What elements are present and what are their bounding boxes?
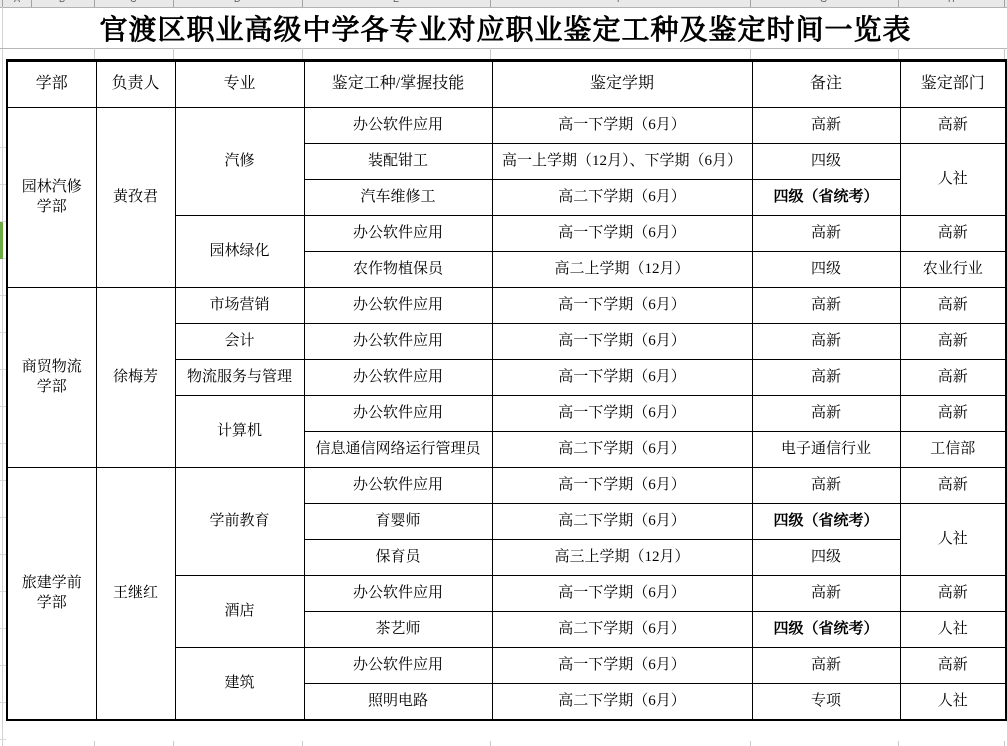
table-cell[interactable]: 四级 (752, 144, 900, 180)
table-cell[interactable]: 高新 (752, 216, 900, 252)
table-cell[interactable]: 高二下学期（6月） (492, 504, 752, 540)
table-cell[interactable]: 高新 (900, 216, 1006, 252)
table-cell[interactable]: 汽修 (175, 108, 304, 216)
table-cell[interactable]: 建筑 (175, 648, 304, 721)
column-letter: A (14, 0, 20, 4)
table-cell[interactable]: 高新 (900, 288, 1006, 324)
table-cell[interactable]: 高三上学期（12月） (492, 540, 752, 576)
column-header[interactable]: 鉴定学期 (492, 61, 752, 108)
table-cell[interactable]: 高二下学期（6月） (492, 180, 752, 216)
table-cell[interactable]: 工信部 (900, 432, 1006, 468)
table-cell[interactable]: 会计 (175, 324, 304, 360)
column-header[interactable]: 鉴定工种/掌握技能 (304, 61, 492, 108)
table-cell[interactable]: 四级（省统考） (752, 612, 900, 648)
row-gutter-line (2, 7, 3, 746)
assessment-table: 学部负责人专业鉴定工种/掌握技能鉴定学期备注鉴定部门 园林汽修 学部黄孜君汽修办… (6, 59, 1007, 721)
table-row: 园林汽修 学部黄孜君汽修办公软件应用高一下学期（6月）高新高新 (7, 108, 1006, 144)
table-cell[interactable]: 四级 (752, 540, 900, 576)
table-cell[interactable]: 四级（省统考） (752, 180, 900, 216)
table-cell[interactable]: 高新 (900, 360, 1006, 396)
table-cell[interactable]: 高新 (900, 648, 1006, 684)
table-cell[interactable]: 办公软件应用 (304, 288, 492, 324)
table-cell[interactable]: 高一下学期（6月） (492, 648, 752, 684)
column-header[interactable]: 负责人 (96, 61, 175, 108)
column-divider (490, 0, 491, 7)
table-cell[interactable]: 高新 (900, 468, 1006, 504)
table-cell[interactable]: 高一下学期（6月） (492, 468, 752, 504)
column-header[interactable]: 专业 (175, 61, 304, 108)
table-cell[interactable]: 茶艺师 (304, 612, 492, 648)
table-cell[interactable]: 办公软件应用 (304, 576, 492, 612)
table-cell[interactable]: 办公软件应用 (304, 216, 492, 252)
table-cell[interactable]: 高二下学期（6月） (492, 432, 752, 468)
column-divider (2, 0, 3, 7)
column-divider (1004, 0, 1005, 7)
column-letter: D (234, 0, 241, 4)
table-cell[interactable]: 高一下学期（6月） (492, 360, 752, 396)
table-cell[interactable]: 高新 (752, 648, 900, 684)
table-cell[interactable]: 办公软件应用 (304, 360, 492, 396)
column-letter: F (617, 0, 623, 4)
table-cell[interactable]: 园林汽修 学部 (7, 108, 96, 288)
table-cell[interactable]: 高新 (752, 288, 900, 324)
title-row: 官渡区职业高级中学各专业对应职业鉴定工种及鉴定时间一览表 (6, 7, 1005, 48)
table-cell[interactable]: 高新 (900, 108, 1006, 144)
table-cell[interactable]: 保育员 (304, 540, 492, 576)
table-cell[interactable]: 高一下学期（6月） (492, 288, 752, 324)
table-cell[interactable]: 高一下学期（6月） (492, 576, 752, 612)
faint-gridline (750, 741, 751, 746)
table-cell[interactable]: 高新 (752, 324, 900, 360)
table-cell[interactable]: 高新 (752, 360, 900, 396)
table-cell[interactable]: 园林绿化 (175, 216, 304, 288)
table-cell[interactable]: 高新 (900, 324, 1006, 360)
table-cell[interactable]: 高新 (752, 468, 900, 504)
table-cell[interactable]: 商贸物流 学部 (7, 288, 96, 468)
faint-gridline (302, 741, 303, 746)
table-cell[interactable]: 人社 (900, 612, 1006, 648)
table-cell[interactable]: 黄孜君 (96, 108, 175, 288)
table-cell[interactable]: 计算机 (175, 396, 304, 468)
table-cell[interactable]: 四级 (752, 252, 900, 288)
table-cell[interactable]: 酒店 (175, 576, 304, 648)
table-header-row: 学部负责人专业鉴定工种/掌握技能鉴定学期备注鉴定部门 (7, 61, 1006, 108)
table-cell[interactable]: 农作物植保员 (304, 252, 492, 288)
column-letter: H (948, 0, 955, 4)
table-cell[interactable]: 高新 (752, 108, 900, 144)
column-letter: C (130, 0, 137, 4)
column-header[interactable]: 备注 (752, 61, 900, 108)
table-cell[interactable]: 高新 (752, 576, 900, 612)
column-letter: E (393, 0, 399, 4)
table-cell[interactable]: 办公软件应用 (304, 648, 492, 684)
table-cell[interactable]: 物流服务与管理 (175, 360, 304, 396)
title-gridline (0, 48, 1007, 49)
green-cell-marker (0, 222, 3, 259)
column-divider (750, 0, 751, 7)
page-title: 官渡区职业高级中学各专业对应职业鉴定工种及鉴定时间一览表 (99, 8, 911, 48)
table-cell[interactable]: 高一下学期（6月） (492, 324, 752, 360)
table-cell[interactable]: 高新 (900, 396, 1006, 432)
table-cell[interactable]: 高二下学期（6月） (492, 612, 752, 648)
table-cell[interactable]: 电子通信行业 (752, 432, 900, 468)
table-cell[interactable]: 专项 (752, 684, 900, 721)
table-cell[interactable]: 人社 (900, 504, 1006, 576)
faint-gridline (1004, 741, 1005, 746)
column-divider (31, 0, 32, 7)
table-cell[interactable]: 人社 (900, 684, 1006, 721)
table-cell[interactable]: 旅建学前 学部 (7, 468, 96, 721)
table-cell[interactable]: 汽车维修工 (304, 180, 492, 216)
table-cell[interactable]: 四级（省统考） (752, 504, 900, 540)
table-cell[interactable]: 高一下学期（6月） (492, 216, 752, 252)
table-cell[interactable]: 育婴师 (304, 504, 492, 540)
column-header[interactable]: 鉴定部门 (900, 61, 1006, 108)
table-cell[interactable]: 照明电路 (304, 684, 492, 721)
column-divider (898, 0, 899, 7)
table-cell[interactable]: 农业行业 (900, 252, 1006, 288)
spreadsheet: ABCDEFGH 官渡区职业高级中学各专业对应职业鉴定工种及鉴定时间一览表 学部… (0, 0, 1007, 746)
column-divider (94, 0, 95, 7)
table-cell[interactable]: 办公软件应用 (304, 396, 492, 432)
table-cell[interactable]: 办公软件应用 (304, 108, 492, 144)
column-divider (173, 0, 174, 7)
faint-gridline (490, 741, 491, 746)
table-row: 商贸物流 学部徐梅芳市场营销办公软件应用高一下学期（6月）高新高新 (7, 288, 1006, 324)
table-cell[interactable]: 高一下学期（6月） (492, 396, 752, 432)
table-cell[interactable]: 王继红 (96, 468, 175, 721)
column-letter: G (820, 0, 827, 4)
faint-gridline (94, 741, 95, 746)
column-letter: B (59, 0, 65, 4)
table-cell[interactable]: 高新 (900, 576, 1006, 612)
table-cell[interactable]: 高二上学期（12月） (492, 252, 752, 288)
table-cell[interactable]: 办公软件应用 (304, 324, 492, 360)
table-row: 旅建学前 学部王继红学前教育办公软件应用高一下学期（6月）高新高新 (7, 468, 1006, 504)
table-cell[interactable]: 办公软件应用 (304, 468, 492, 504)
table-cell[interactable]: 高二下学期（6月） (492, 684, 752, 721)
table-cell[interactable]: 高一下学期（6月） (492, 108, 752, 144)
table-cell[interactable]: 市场营销 (175, 288, 304, 324)
column-header[interactable]: 学部 (7, 61, 96, 108)
table-cell[interactable]: 信息通信网络运行管理员 (304, 432, 492, 468)
table-cell[interactable]: 高新 (752, 396, 900, 432)
column-divider (302, 0, 303, 7)
table-cell[interactable]: 徐梅芳 (96, 288, 175, 468)
row-gridline-tick (0, 739, 6, 740)
table-cell[interactable]: 人社 (900, 144, 1006, 216)
table-cell[interactable]: 高一上学期（12月）、下学期（6月） (492, 144, 752, 180)
table-cell[interactable]: 装配钳工 (304, 144, 492, 180)
faint-gridline (898, 741, 899, 746)
faint-gridline (173, 741, 174, 746)
table-cell[interactable]: 学前教育 (175, 468, 304, 576)
